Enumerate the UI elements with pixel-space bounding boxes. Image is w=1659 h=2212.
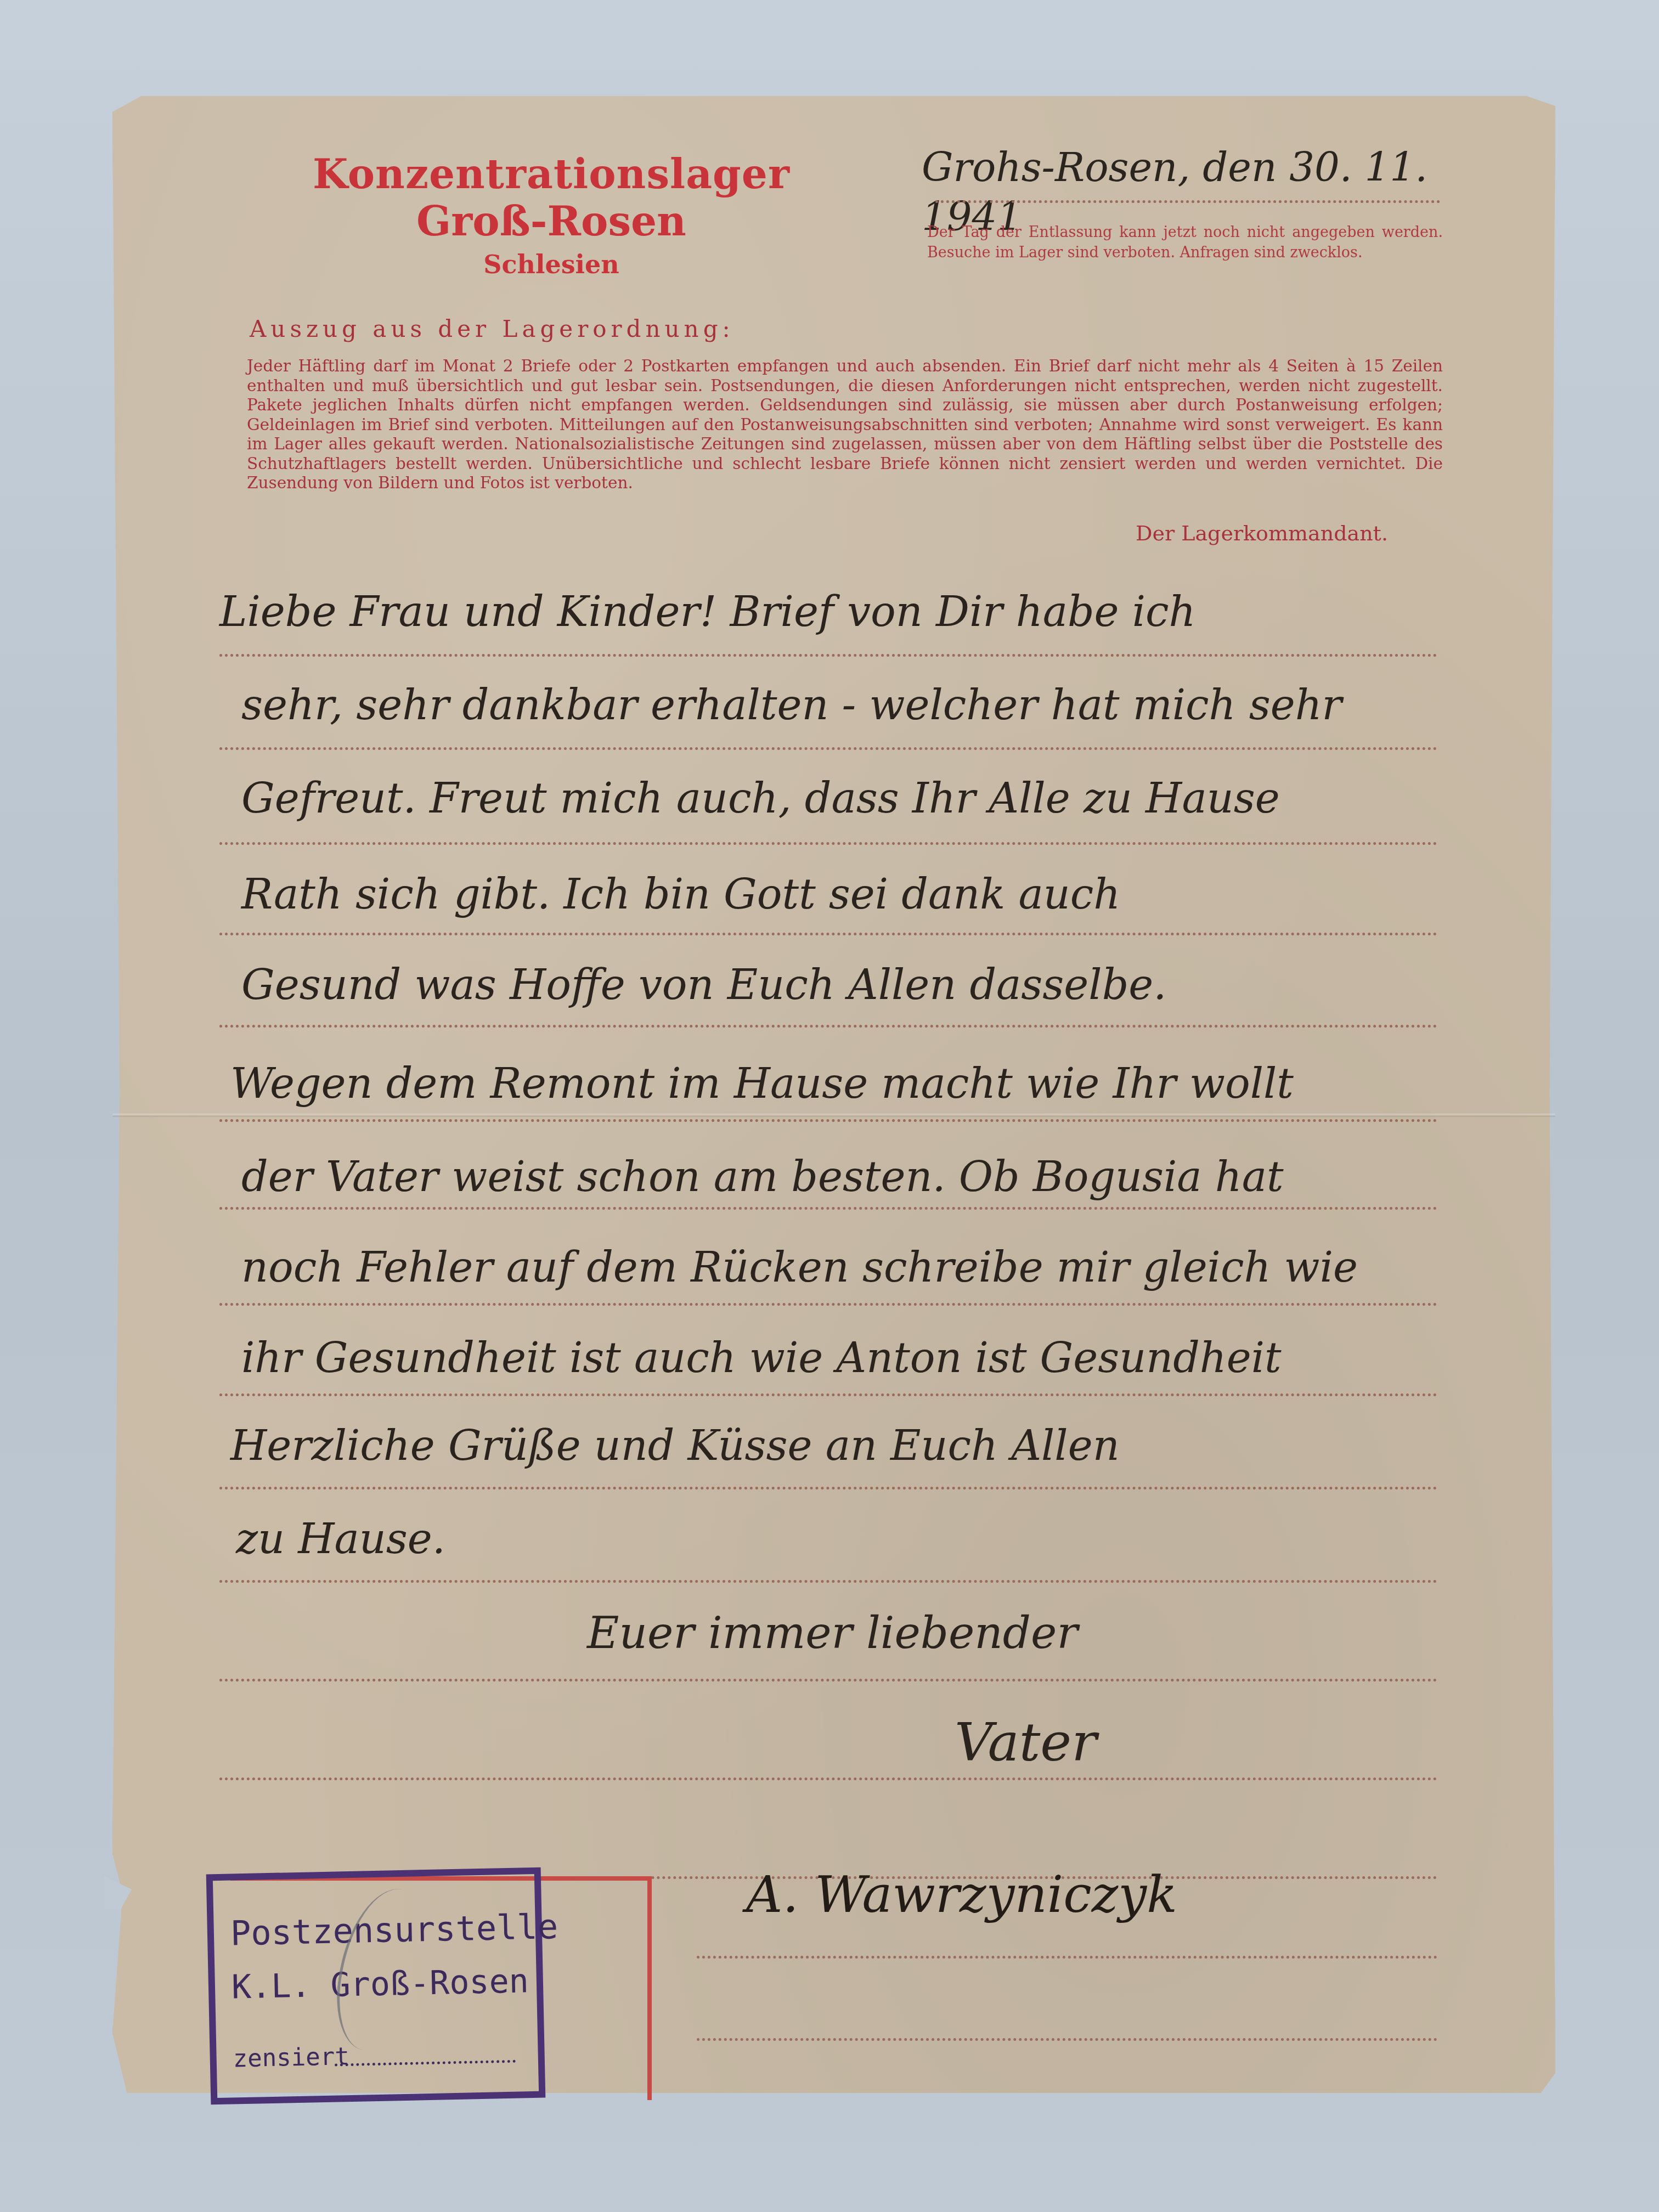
letterhead-camp-name: Groß-Rosen (241, 198, 861, 245)
writing-line (219, 1487, 1437, 1489)
commandant-signoff: Der Lagerkommandant. (1136, 521, 1388, 545)
camp-letterhead: Konzentrationslager Groß-Rosen Schlesien (241, 151, 861, 284)
closing-name: Vater (955, 1712, 1097, 1773)
letter-line-1: Liebe Frau und Kinder! Brief von Dir hab… (219, 587, 1196, 636)
letter-line-6: Wegen dem Remont im Hause macht wie Ihr … (230, 1059, 1294, 1108)
letter-line-3: Gefreut. Freut mich auch, dass Ihr Alle … (241, 774, 1280, 822)
writing-line (219, 1679, 1437, 1681)
stamp-line-3: zensiert (233, 2042, 349, 2073)
writing-line (697, 1956, 1437, 1959)
writing-line (219, 654, 1437, 657)
letter-line-5: Gesund was Hoffe von Euch Allen dasselbe… (241, 960, 1166, 1009)
stamp-dotted-line (335, 2060, 516, 2067)
writing-line (219, 1025, 1437, 1028)
writing-line (219, 747, 1437, 750)
letter-line-8: noch Fehler auf dem Rücken schreibe mir … (241, 1243, 1358, 1291)
writing-line (219, 1119, 1437, 1122)
letter-line-2: sehr, sehr dankbar erhalten - welcher ha… (241, 680, 1342, 729)
rules-text: Jeder Häftling darf im Monat 2 Briefe od… (247, 357, 1443, 493)
letter-line-7: der Vater weist schon am besten. Ob Bogu… (241, 1152, 1284, 1201)
writing-line (219, 933, 1437, 935)
writing-line (219, 1303, 1437, 1306)
writing-line (697, 2038, 1437, 2041)
release-note: Der Tag der Entlassung kann jetzt noch n… (927, 222, 1443, 263)
letter-line-4: Rath sich gibt. Ich bin Gott sei dank au… (241, 870, 1120, 918)
letterhead-title: Konzentrationslager (241, 151, 861, 198)
letterhead-region: Schlesien (241, 245, 861, 284)
rules-heading: Auszug aus der Lagerordnung: (250, 315, 735, 342)
writing-line (219, 1580, 1437, 1583)
writing-line (219, 842, 1437, 845)
sender-signature: A. Wawrzyniczyk (746, 1865, 1177, 1924)
letter-line-9: ihr Gesundheit ist auch wie Anton ist Ge… (241, 1333, 1282, 1382)
writing-line (219, 1393, 1437, 1396)
letter-line-10: Herzliche Grüße und Küsse an Euch Allen (230, 1421, 1120, 1470)
closing-phrase: Euer immer liebender (587, 1607, 1078, 1658)
letter-line-11: zu Hause. (236, 1514, 445, 1563)
date-dotted-line (935, 200, 1440, 203)
writing-line (219, 1778, 1437, 1780)
writing-line (219, 1207, 1437, 1210)
paper-fold-crease (112, 1114, 1555, 1117)
